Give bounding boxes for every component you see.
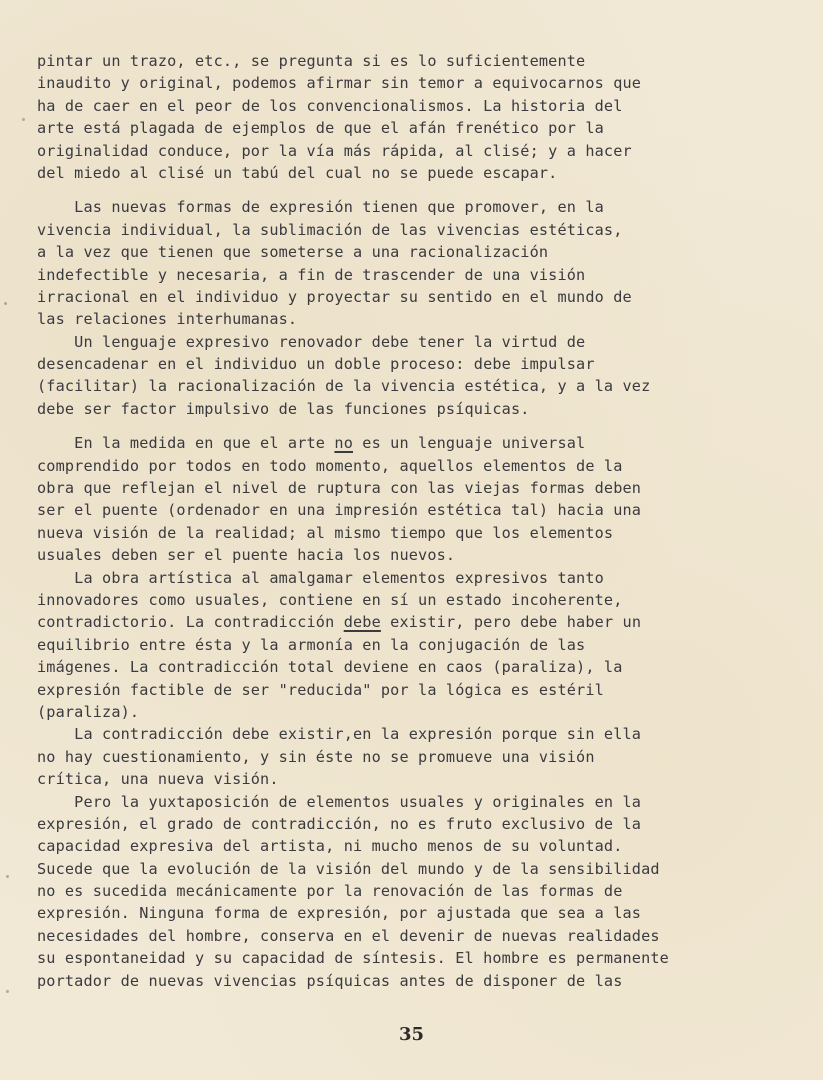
paragraph-1: pintar un trazo, etc., se pregunta si es…: [37, 50, 807, 184]
text-line: (facilitar) la racionalización de la viv…: [37, 375, 807, 397]
text-line: debe ser factor impulsivo de las funcion…: [37, 398, 807, 420]
text-line: expresión factible de ser "reducida" por…: [37, 679, 807, 701]
paper-speck: [6, 990, 9, 993]
text-line: a la vez que tienen que someterse a una …: [37, 241, 807, 263]
text-line: ser el puente (ordenador en una impresió…: [37, 499, 807, 521]
text-line: imágenes. La contradicción total deviene…: [37, 656, 807, 678]
text-line: originalidad conduce, por la vía más ráp…: [37, 140, 807, 162]
text-line: obra que reflejan el nivel de ruptura co…: [37, 477, 807, 499]
text-line: capacidad expresiva del artista, ni much…: [37, 835, 807, 857]
page-number: 35: [0, 1024, 823, 1045]
body-text: pintar un trazo, etc., se pregunta si es…: [37, 50, 807, 992]
text-line: contradictorio. La contradicción debe ex…: [37, 611, 807, 633]
text-line: vivencia individual, la sublimación de l…: [37, 219, 807, 241]
text-line: equilibrio entre ésta y la armonía en la…: [37, 634, 807, 656]
text-line: no hay cuestionamiento, y sin éste no se…: [37, 746, 807, 768]
text-line: pintar un trazo, etc., se pregunta si es…: [37, 50, 807, 72]
paragraph-2: Las nuevas formas de expresión tienen qu…: [37, 196, 807, 330]
text-line: En la medida en que el arte no es un len…: [37, 432, 807, 454]
paper-speck: [6, 875, 9, 878]
text-line: innovadores como usuales, contiene en sí…: [37, 589, 807, 611]
paper-speck: [4, 302, 7, 305]
text-line: portador de nuevas vivencias psíquicas a…: [37, 970, 807, 992]
text-line: ha de caer en el peor de los convenciona…: [37, 95, 807, 117]
text-line: La obra artística al amalgamar elementos…: [37, 567, 807, 589]
text-line: expresión, el grado de contradicción, no…: [37, 813, 807, 835]
text-line: arte está plagada de ejemplos de que el …: [37, 117, 807, 139]
text-line: desencadenar en el individuo un doble pr…: [37, 353, 807, 375]
text-line: no es sucedida mecánicamente por la reno…: [37, 880, 807, 902]
text-line: La contradicción debe existir,en la expr…: [37, 723, 807, 745]
paper-speck: [22, 118, 25, 121]
text-line: su espontaneidad y su capacidad de sínte…: [37, 947, 807, 969]
text-line: crítica, una nueva visión.: [37, 768, 807, 790]
text-line: Pero la yuxtaposición de elementos usual…: [37, 791, 807, 813]
paragraph-5: La obra artística al amalgamar elementos…: [37, 567, 807, 724]
text-line: inaudito y original, podemos afirmar sin…: [37, 72, 807, 94]
underlined-word: debe: [344, 613, 381, 631]
text-line: expresión. Ninguna forma de expresión, p…: [37, 902, 807, 924]
text-line: usuales deben ser el puente hacia los nu…: [37, 544, 807, 566]
text-line: necesidades del hombre, conserva en el d…: [37, 925, 807, 947]
text-line: comprendido por todos en todo momento, a…: [37, 455, 807, 477]
text-line: (paraliza).: [37, 701, 807, 723]
text-line: Las nuevas formas de expresión tienen qu…: [37, 196, 807, 218]
paragraph-3: Un lenguaje expresivo renovador debe ten…: [37, 331, 807, 421]
paragraph-7: Pero la yuxtaposición de elementos usual…: [37, 791, 807, 993]
text-line: Sucede que la evolución de la visión del…: [37, 858, 807, 880]
text-line: irracional en el individuo y proyectar s…: [37, 286, 807, 308]
paragraph-4: En la medida en que el arte no es un len…: [37, 432, 807, 566]
underlined-word: no: [334, 434, 353, 452]
text-line: Un lenguaje expresivo renovador debe ten…: [37, 331, 807, 353]
text-line: del miedo al clisé un tabú del cual no s…: [37, 162, 807, 184]
text-line: las relaciones interhumanas.: [37, 308, 807, 330]
paragraph-6: La contradicción debe existir,en la expr…: [37, 723, 807, 790]
scanned-page: pintar un trazo, etc., se pregunta si es…: [0, 0, 823, 1080]
text-line: indefectible y necesaria, a fin de trasc…: [37, 264, 807, 286]
text-line: nueva visión de la realidad; al mismo ti…: [37, 522, 807, 544]
